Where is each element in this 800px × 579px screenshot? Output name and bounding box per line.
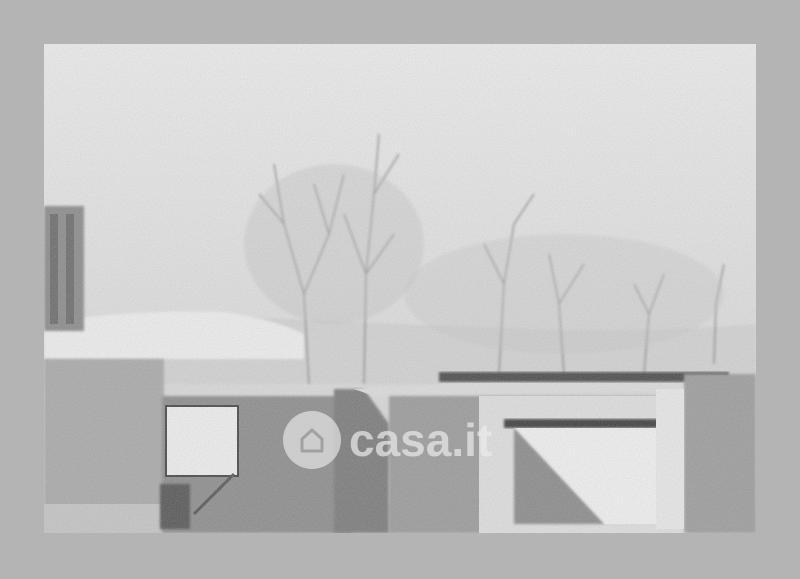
watermark: casa.it — [283, 410, 492, 470]
house-icon — [283, 411, 341, 469]
watermark-text: casa.it — [349, 417, 492, 463]
